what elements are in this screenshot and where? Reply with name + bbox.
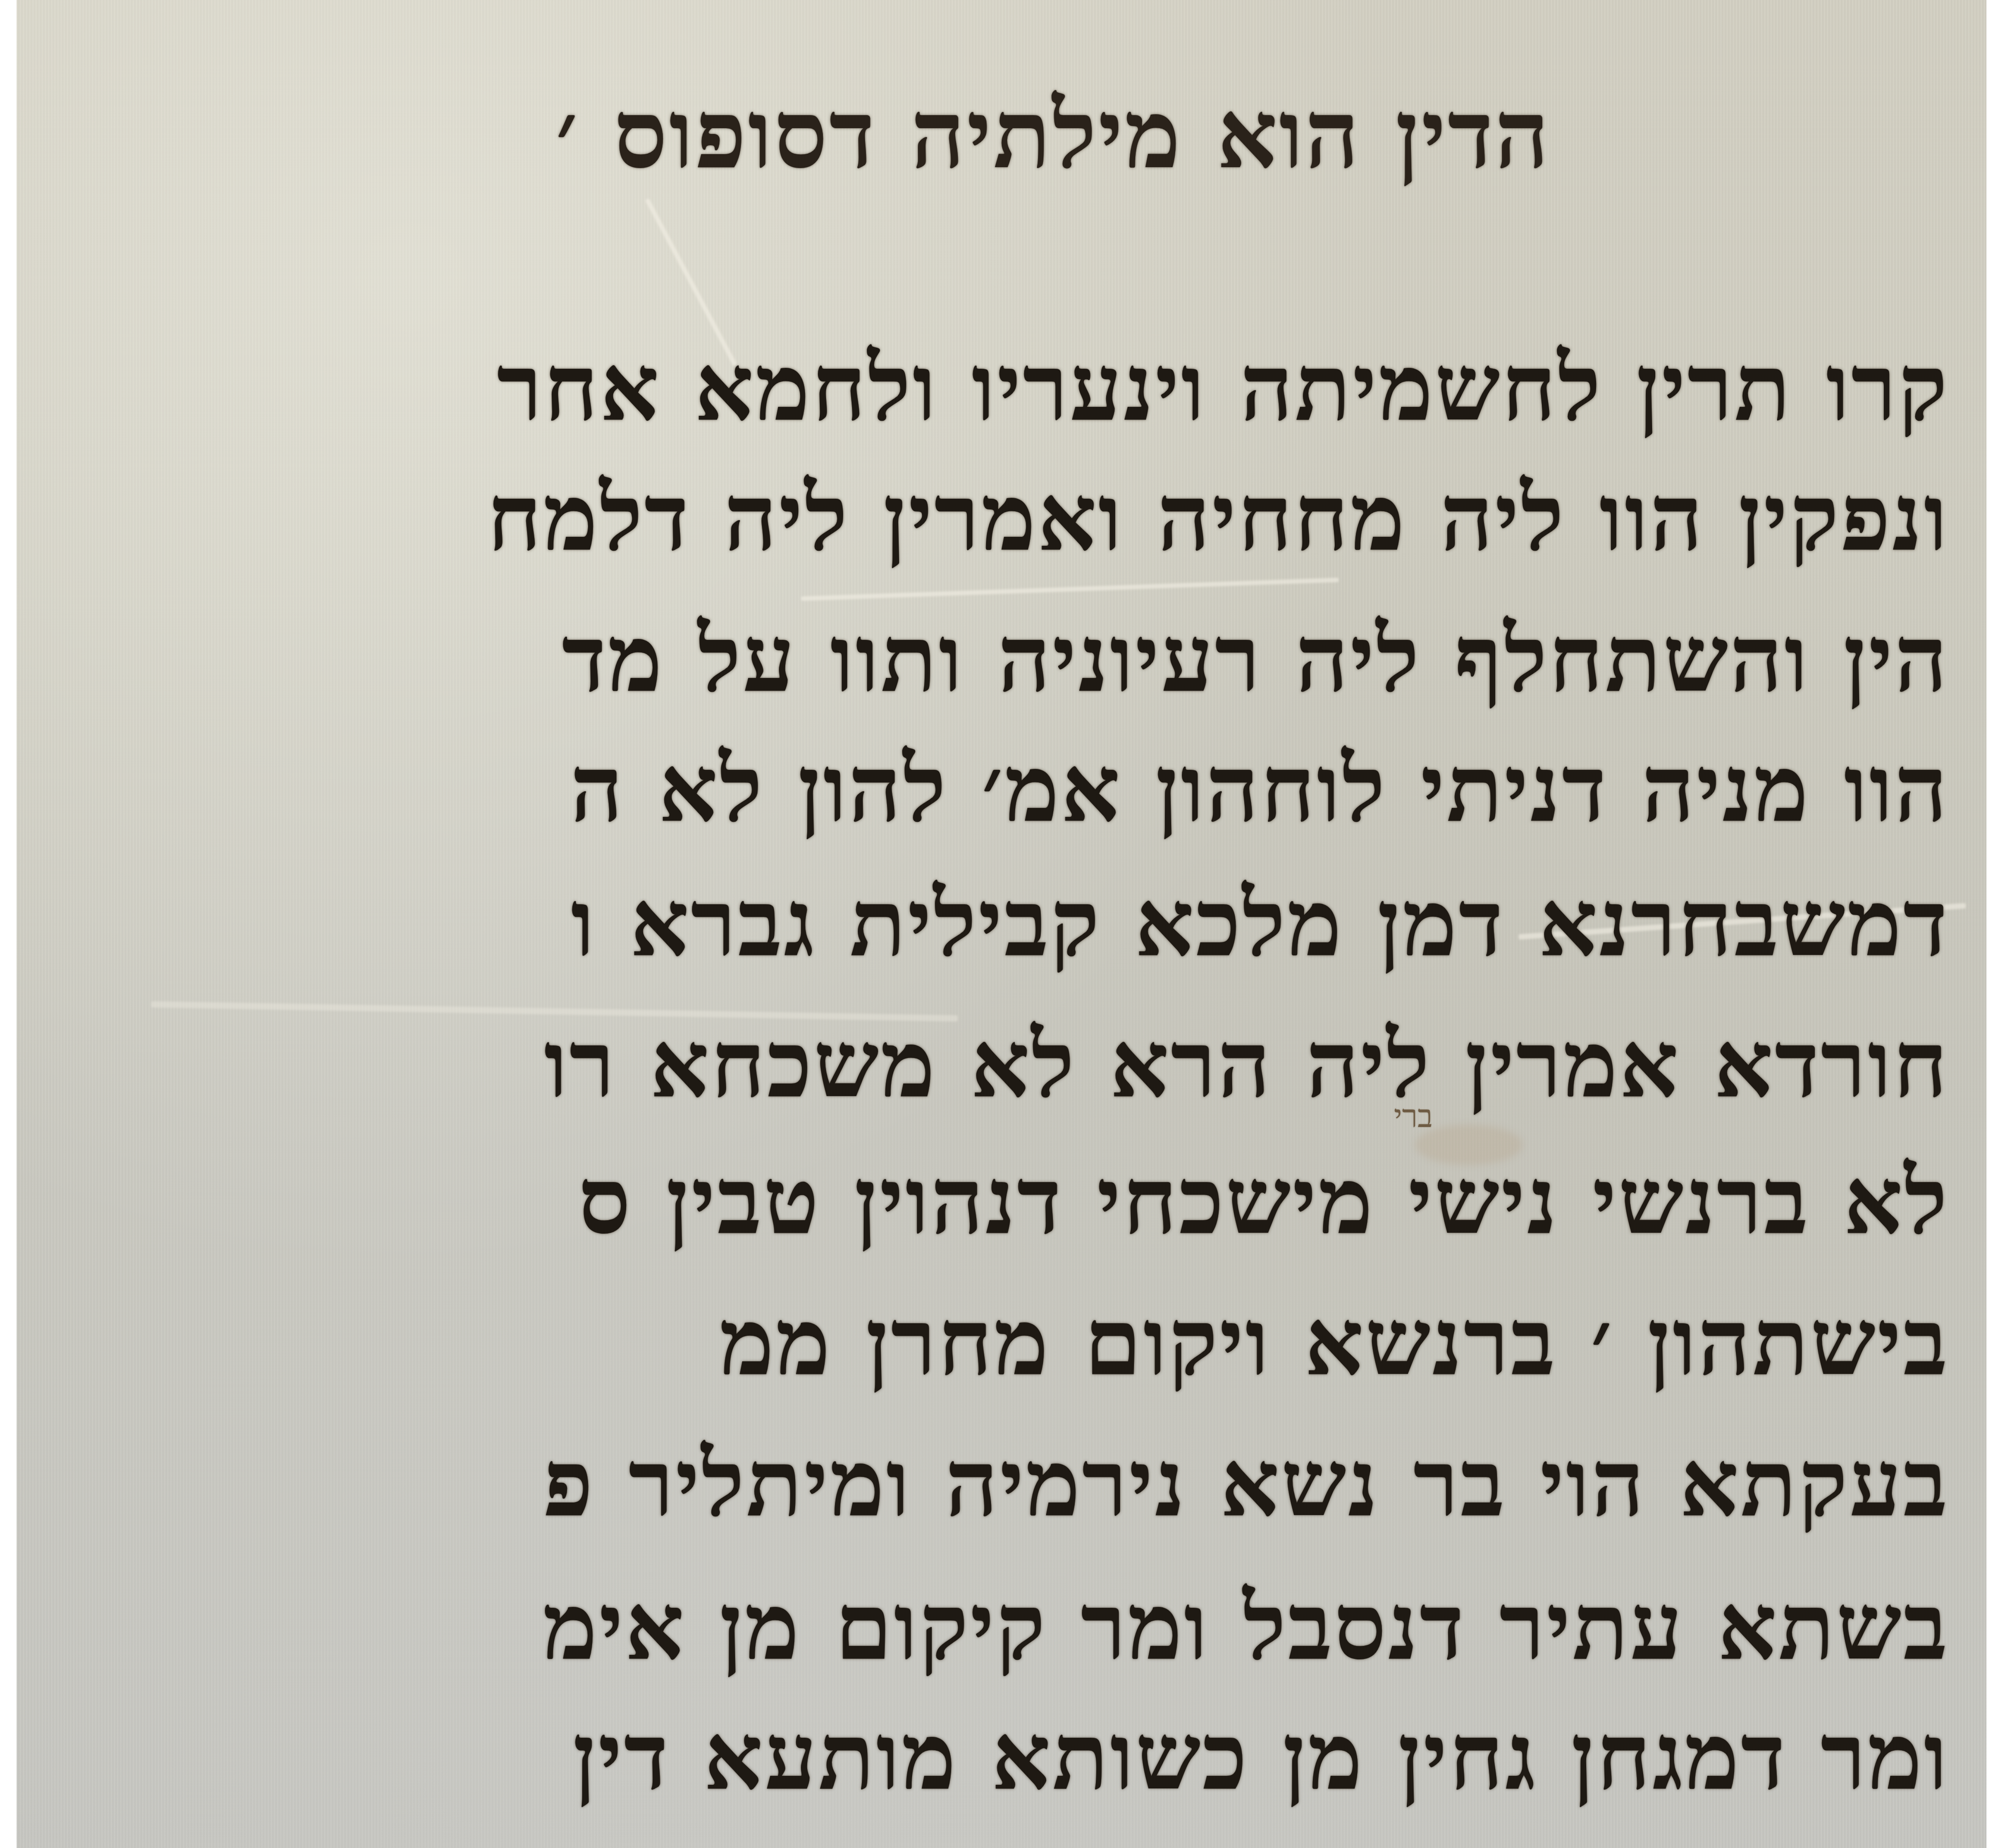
text-line-7: לא ברנשי נישי מישכחי דנהוין טבין ס (578, 1147, 1949, 1255)
left-margin-strip (0, 0, 17, 1848)
text-line-4: הוו מניה דניתי לוחהון אמ׳ להון לא ה (570, 735, 1949, 842)
interlinear-correction: ברי (1394, 1098, 1432, 1135)
right-margin-strip (1986, 0, 2012, 1848)
text-line-10: בשתא עתיר דנסבל ומר קיקום מן אימ (543, 1573, 1949, 1680)
text-line-2: ונפקין הוו ליה מחחיה ואמרין ליה דלמח (487, 464, 1949, 571)
text-line-5: דמשבחרנא דמן מלכא קבילית גברא ו (571, 869, 1949, 977)
parchment-crease (801, 578, 1339, 601)
text-line-3: הין והשתחלף ליה רעיוניה ותוו על מד (562, 605, 1949, 712)
heading-line: הדין הוא מילתיה דסופוס ׳ (251, 81, 1551, 188)
text-line-11: ומר דמגחן גחין מן כשותא מותעא דין (573, 1703, 1949, 1810)
text-line-8: בישתהון ׳ ברנשא ויקום מחרן ממ (719, 1288, 1949, 1396)
text-line-9: בעקתא הוי בר נשא נירמיה ומיתליר פ (543, 1429, 1949, 1537)
text-line-6: חורדא אמרין ליה הרא לא משכחא רו (544, 1010, 1949, 1118)
text-line-1: קרו תרין לחשמיתה וינעריו ולחמא אחר (497, 334, 1949, 441)
